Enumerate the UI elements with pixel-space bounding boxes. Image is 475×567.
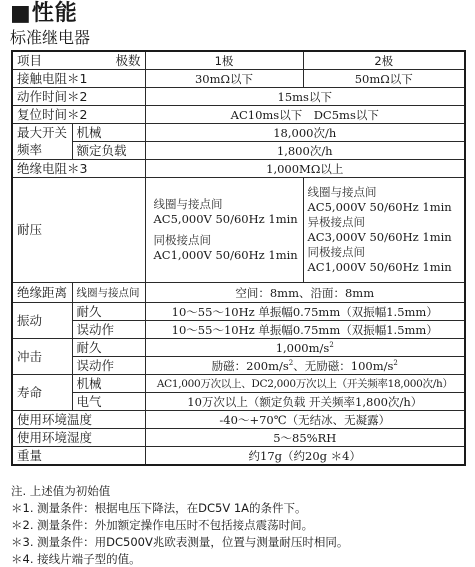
value-text: 、无励磁：100m/s: [293, 359, 393, 373]
table-row-max-switching-rated: 额定负载 1,800次/h: [12, 142, 465, 160]
dielectric-label: 异极接点间: [308, 215, 461, 230]
row-label: 复位时间＊2: [12, 106, 145, 124]
spec-table: 项目 极数 1极 2极 接触电阻＊1 30mΩ以下 50mΩ以下 动作时间＊2 …: [11, 50, 466, 466]
row-group-label: 冲击: [12, 339, 72, 375]
dielectric-value: AC5,000V 50/60Hz 1min: [154, 212, 299, 227]
row-label: 绝缘距离: [12, 283, 72, 303]
row-sublabel: 误动作: [72, 321, 145, 339]
row-value: 1,000m/s2: [145, 339, 465, 357]
dielectric-label: 同极接点间: [154, 233, 299, 248]
row-sublabel: 额定负载: [72, 142, 145, 160]
dielectric-value: AC5,000V 50/60Hz 1min: [308, 200, 461, 215]
row-label: 接触电阻＊1: [12, 70, 145, 88]
dielectric-label: 同极接点间: [308, 245, 461, 260]
label-line-2: 频率: [17, 141, 68, 158]
row-value: 10万次以上（额定负载 开关频率1,800次/h）: [145, 393, 465, 411]
row-sublabel: 机械: [72, 375, 145, 393]
row-sublabel: 耐久: [72, 339, 145, 357]
row-value: 1,000MΩ以上: [145, 160, 465, 178]
header-poles-label: 极数: [115, 53, 140, 69]
row-group-label: 最大开关 频率: [12, 124, 72, 160]
table-row-weight: 重量 约17g（约20g ＊4）: [12, 447, 465, 466]
row-sublabel: 机械: [72, 124, 145, 142]
row-value: -40～+70℃（无结冰、无凝露）: [145, 411, 465, 429]
row-value: 励磁：200m/s2、无励磁：100m/s2: [145, 357, 465, 375]
notes-header: 注. 上述值为初始值: [11, 483, 348, 500]
row-value-1-pole: 30mΩ以下: [145, 70, 303, 88]
row-value: 18,000次/h: [145, 124, 465, 142]
label-line-1: 最大开关: [17, 124, 68, 141]
dielectric-2-pole: 线圈与接点间 AC5,000V 50/60Hz 1min 异极接点间 AC3,0…: [303, 178, 465, 283]
row-sublabel: 耐久: [72, 303, 145, 321]
row-sublabel: 线圈与接点间: [72, 283, 145, 303]
table-row-life-electrical: 电气 10万次以上（额定负载 开关频率1,800次/h）: [12, 393, 465, 411]
table-row-insulation-resistance: 绝缘电阻＊3 1,000MΩ以上: [12, 160, 465, 178]
row-value: 10～55～10Hz 单振幅0.75mm（双振幅1.5mm）: [145, 321, 465, 339]
table-header-row: 项目 极数 1极 2极: [12, 51, 465, 70]
row-value: 空间：8mm、沿面：8mm: [145, 283, 465, 303]
superscript: 2: [329, 341, 333, 349]
row-value: 约17g（约20g ＊4）: [145, 447, 465, 466]
row-label: 重量: [12, 447, 145, 466]
row-label: 耐压: [12, 178, 145, 283]
row-label: 使用环境温度: [12, 411, 145, 429]
row-sublabel: 误动作: [72, 357, 145, 375]
value-text: 1,000m/s: [276, 341, 330, 355]
row-value: 1,800次/h: [145, 142, 465, 160]
row-sublabel: 电气: [72, 393, 145, 411]
note-item-4: ＊4. 接线片端子型的值。: [11, 551, 348, 567]
table-row-release-time: 复位时间＊2 AC10ms以下 DC5ms以下: [12, 106, 465, 124]
table-row-life-mechanical: 寿命 机械 AC1,000万次以上、DC2,000万次以上（开关频率18,000…: [12, 375, 465, 393]
table-row-dielectric-strength: 耐压 线圈与接点间 AC5,000V 50/60Hz 1min 同极接点间 AC…: [12, 178, 465, 283]
row-value: AC10ms以下 DC5ms以下: [145, 106, 465, 124]
table-row-ambient-temperature: 使用环境温度 -40～+70℃（无结冰、无凝露）: [12, 411, 465, 429]
value-text: 励磁：200m/s: [212, 359, 289, 373]
superscript: 2: [393, 359, 397, 367]
table-row-contact-resistance: 接触电阻＊1 30mΩ以下 50mΩ以下: [12, 70, 465, 88]
row-value-2-pole: 50mΩ以下: [303, 70, 465, 88]
note-item-1: ＊1. 测量条件：根据电压下降法，在DC5V 1A的条件下。: [11, 500, 348, 517]
section-title: ■性能: [10, 0, 78, 28]
header-2-pole: 2极: [303, 51, 465, 70]
row-value: 15ms以下: [145, 88, 465, 106]
row-label: 使用环境湿度: [12, 429, 145, 447]
table-row-ambient-humidity: 使用环境湿度 5～85%RH: [12, 429, 465, 447]
header-item-cell: 项目 极数: [12, 51, 145, 70]
table-row-max-switching-mechanical: 最大开关 频率 机械 18,000次/h: [12, 124, 465, 142]
row-group-label: 振动: [12, 303, 72, 339]
row-label: 绝缘电阻＊3: [12, 160, 145, 178]
dielectric-1-pole: 线圈与接点间 AC5,000V 50/60Hz 1min 同极接点间 AC1,0…: [145, 178, 303, 283]
row-value: 10～55～10Hz 单振幅0.75mm（双振幅1.5mm）: [145, 303, 465, 321]
row-value: 5～85%RH: [145, 429, 465, 447]
row-label: 动作时间＊2: [12, 88, 145, 106]
dielectric-label: 线圈与接点间: [154, 197, 299, 212]
dielectric-value: AC1,000V 50/60Hz 1min: [154, 248, 299, 263]
table-row-shock-durability: 冲击 耐久 1,000m/s2: [12, 339, 465, 357]
table-row-insulation-distance: 绝缘距离 线圈与接点间 空间：8mm、沿面：8mm: [12, 283, 465, 303]
table-row-operate-time: 动作时间＊2 15ms以下: [12, 88, 465, 106]
notes-section: 注. 上述值为初始值 ＊1. 测量条件：根据电压下降法，在DC5V 1A的条件下…: [11, 483, 348, 567]
table-row-shock-malfunction: 误动作 励磁：200m/s2、无励磁：100m/s2: [12, 357, 465, 375]
header-1-pole: 1极: [145, 51, 303, 70]
dielectric-value: AC1,000V 50/60Hz 1min: [308, 260, 461, 275]
section-subtitle: 标准继电器: [10, 28, 90, 48]
note-item-2: ＊2. 测量条件：外加额定操作电压时不包括接点震荡时间。: [11, 517, 348, 534]
dielectric-label: 线圈与接点间: [308, 185, 461, 200]
note-item-3: ＊3. 测量条件：用DC500V兆欧表测量，位置与测量耐压时相同。: [11, 534, 348, 551]
row-group-label: 寿命: [12, 375, 72, 411]
row-value: AC1,000万次以上、DC2,000万次以上（开关频率18,000次/h）: [145, 375, 465, 393]
dielectric-value: AC3,000V 50/60Hz 1min: [308, 230, 461, 245]
table-row-vibration-durability: 振动 耐久 10～55～10Hz 单振幅0.75mm（双振幅1.5mm）: [12, 303, 465, 321]
table-row-vibration-malfunction: 误动作 10～55～10Hz 单振幅0.75mm（双振幅1.5mm）: [12, 321, 465, 339]
header-item-label: 项目: [17, 53, 42, 69]
